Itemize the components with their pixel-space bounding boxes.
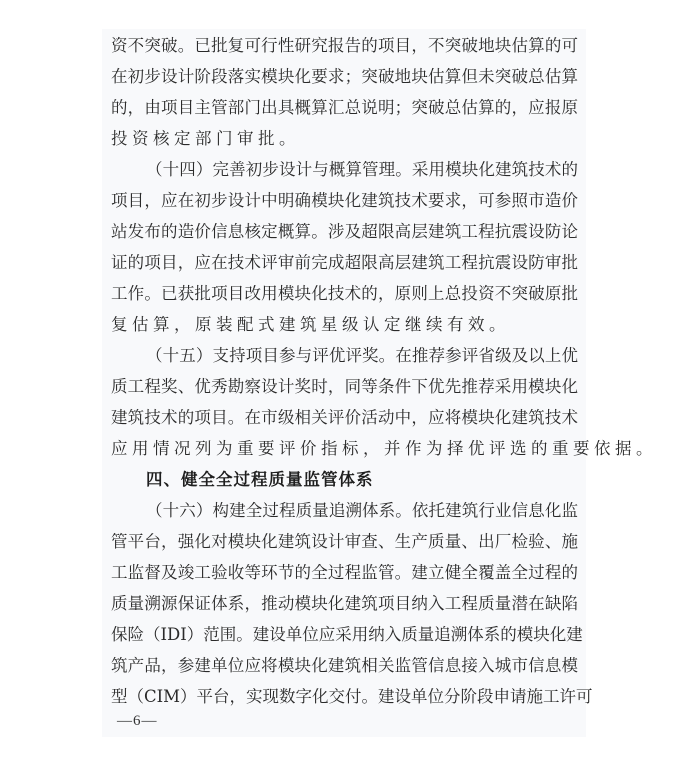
section-14-title-line: （十四）完善初步设计与概算管理。采用模块化建筑技术的 bbox=[146, 158, 578, 182]
text-line: 的，由项目主管部门出具概算汇总说明；突破总估算的，应报原 bbox=[111, 96, 578, 120]
section-15-title-line: （十五）支持项目参与评优评奖。在推荐参评省级及以上优 bbox=[146, 344, 578, 368]
text-line: 复估算，原装配式建筑星级认定继续有效。 bbox=[111, 313, 578, 337]
text-line: 建筑技术的项目。在市级相关评价活动中，应将模块化建筑技术 bbox=[111, 406, 578, 430]
text-line: 应用情况列为重要评价指标，并作为择优评选的重要依据。 bbox=[111, 437, 578, 461]
text-line: 投资核定部门审批。 bbox=[111, 127, 578, 151]
text-line: 在初步设计阶段落实模块化要求；突破地块估算但未突破总估算 bbox=[111, 65, 578, 89]
text-line: 证的项目，应在技术评审前完成超限高层建筑工程抗震设防审批 bbox=[111, 251, 578, 275]
text-line: 项目，应在初步设计中明确模块化建筑技术要求，可参照市造价 bbox=[111, 189, 578, 213]
text-line: 工作。已获批项目改用模块化技术的，原则上总投资不突破原批 bbox=[111, 282, 578, 306]
text-line: 资不突破。已批复可行性研究报告的项目，不突破地块估算的可 bbox=[111, 34, 578, 58]
section-heading: 四、健全全过程质量监管体系 bbox=[146, 468, 578, 492]
section-16-title-line: （十六）构建全过程质量追溯体系。依托建筑行业信息化监 bbox=[146, 499, 578, 523]
text-line: 筑产品，参建单位应将模块化建筑相关监管信息接入城市信息模 bbox=[111, 654, 578, 678]
text-line: 质量溯源保证体系，推动模块化建筑项目纳入工程质量潜在缺陷 bbox=[111, 592, 578, 616]
text-line: 站发布的造价信息核定概算。涉及超限高层建筑工程抗震设防论 bbox=[111, 220, 578, 244]
text-line: 工监督及竣工验收等环节的全过程监管。建立健全覆盖全过程的 bbox=[111, 561, 578, 585]
page-number: —6— bbox=[117, 713, 158, 730]
text-line: 管平台，强化对模块化建筑设计审查、生产质量、出厂检验、施 bbox=[111, 530, 578, 554]
text-line: 质工程奖、优秀勘察设计奖时，同等条件下优先推荐采用模块化 bbox=[111, 375, 578, 399]
text-line: 型（CIM）平台，实现数字化交付。建设单位分阶段申请施工许可 bbox=[111, 685, 578, 709]
text-line: 保险（IDI）范围。建设单位应采用纳入质量追溯体系的模块化建 bbox=[111, 623, 578, 647]
document-page: 资不突破。已批复可行性研究报告的项目，不突破地块估算的可 在初步设计阶段落实模块… bbox=[102, 29, 586, 737]
